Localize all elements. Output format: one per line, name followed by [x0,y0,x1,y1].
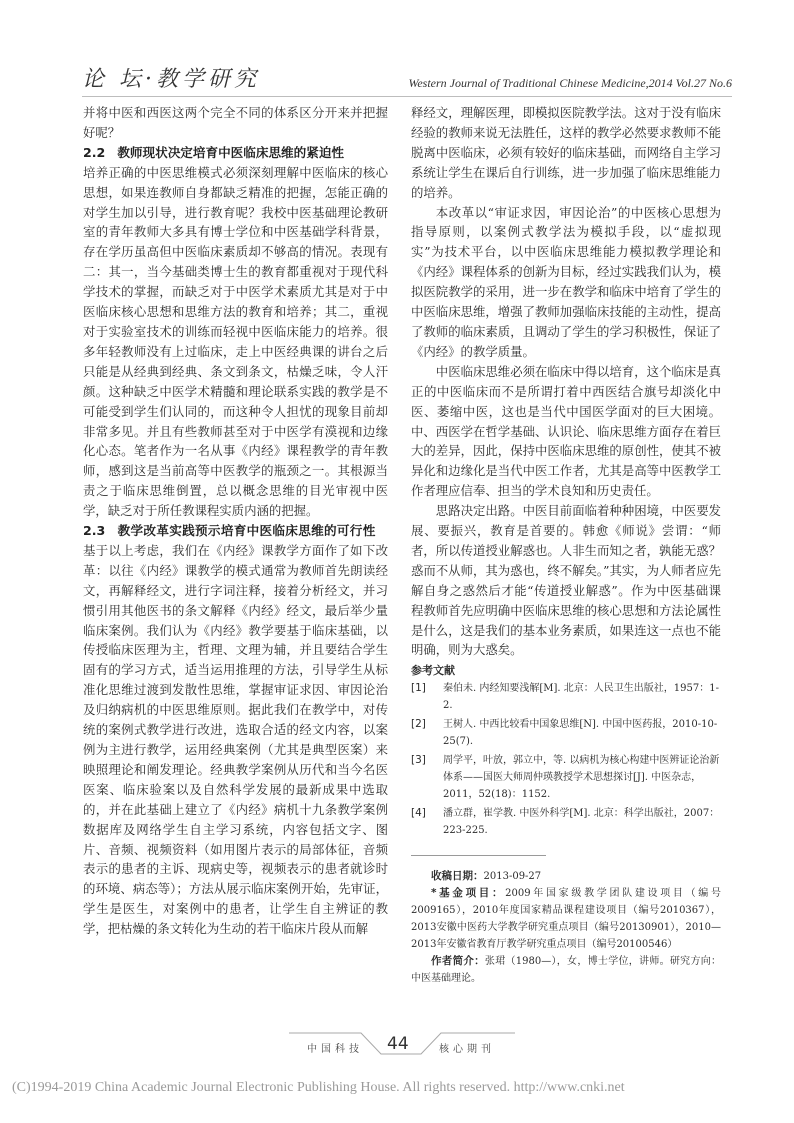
journal-citation: Western Journal of Traditional Chinese M… [408,76,732,91]
section-title: 教师现状决定培育中医临床思维的紧迫性 [117,145,344,160]
body-paragraph: 释经文，理解医理，即模拟医院教学法。这对于没有临床经验的教师来说无法胜任，这样的… [411,103,721,203]
reference-number: [2] [411,716,426,733]
reference-text: 周学平，叶放，郭立中，等. 以病机为核心构建中医辨证论治新体系——国医大师周仲瑛… [443,755,719,800]
body-paragraph: 本改革以“审证求因，审因论治”的中医核心思想为指导原则，以案例式教学法为模拟手段… [411,203,721,362]
section-2-3-heading: 2.3教学改革实践预示培育中医临床思维的可行性 [83,523,376,538]
section-2-2-body: 培养正确的中医思维模式必须深刻理解中医临床的核心思想，如果连教师自身都缺乏精准的… [83,163,388,521]
section-2-3-paragraph: 2.3教学改革实践预示培育中医临床思维的可行性 基于以上考虑，我们在《内经》课教… [83,521,388,939]
reference-item: [4] 潘立群，崔学教. 中医外科学[M]. 北京：科学出版社，2007：223… [411,805,721,839]
section-2-3-body: 基于以上考虑，我们在《内经》课教学方面作了如下改革：以往《内经》课教学的模式通常… [83,543,388,936]
reference-item: [3] 周学平，叶放，郭立中，等. 以病机为核心构建中医辨证论治新体系——国医大… [411,752,721,803]
fund-note: *基金项目：2009年国家级教学团队建设项目（编号2009165），2010年度… [411,885,721,953]
author-note: 作者简介：张珺（1980—），女，博士学位，讲师。研究方向：中医基础理论。 [411,953,721,987]
section-label: 论 坛·教学研究 [82,62,260,93]
body-paragraph: 中医临床思维必须在临床中得以培育，这个临床是真正的中医临床而不是所谓打着中西医结… [411,362,721,501]
page-number: 44 [387,1034,409,1054]
reference-number: [3] [411,752,426,769]
received-date-value: 2013-09-27 [484,871,542,882]
reference-item: [1] 秦伯未. 内经知要浅解[M]. 北京：人民卫生出版社，1957：1-2. [411,680,721,714]
reference-item: [2] 王树人. 中西比较看中国象思维[N]. 中国中医药报，2010-10-2… [411,716,721,750]
author-label: 作者简介： [431,955,485,967]
received-date-label: 收稿日期： [431,870,484,882]
right-column: 释经文，理解医理，即模拟医院教学法。这对于没有临床经验的教师来说无法胜任，这样的… [411,103,721,987]
fund-label: *基金项目： [431,887,505,899]
reference-number: [4] [411,805,426,822]
running-header: 论 坛·教学研究 Western Journal of Traditional … [82,62,732,94]
page-footer: 中国科技 44 核心期刊 [289,1032,515,1060]
section-title: 教学改革实践预示培育中医临床思维的可行性 [117,523,375,538]
header-divider [82,96,732,97]
reference-text: 秦伯未. 内经知要浅解[M]. 北京：人民卫生出版社，1957：1-2. [443,683,719,711]
reference-text: 王树人. 中西比较看中国象思维[N]. 中国中医药报，2010-10-25(7)… [443,719,717,747]
section-number: 2.3 [83,523,105,538]
left-column: 并将中医和西医这两个完全不同的体系区分开来并把握好呢？ 2.2教师现状决定培育中… [83,103,388,939]
footnote-divider [411,855,546,856]
section-2-2-heading: 2.2教师现状决定培育中医临床思维的紧迫性 [83,143,388,163]
body-paragraph: 思路决定出路。中医目前面临着种种困境，中医要发展、要振兴，教育是首要的。韩愈《师… [411,501,721,660]
section-number: 2.2 [83,145,105,160]
continued-paragraph: 并将中医和西医这两个完全不同的体系区分开来并把握好呢？ [83,103,388,143]
footer-left-label: 中国科技 [307,1040,363,1055]
reference-text: 潘立群，崔学教. 中医外科学[M]. 北京：科学出版社，2007：223-225… [443,808,719,836]
footer-right-label: 核心期刊 [439,1040,495,1055]
references-heading: 参考文献 [411,662,721,680]
received-date-note: 收稿日期：2013-09-27 [411,868,721,885]
copyright-notice: (C)1994-2019 China Academic Journal Elec… [12,1080,625,1096]
reference-number: [1] [411,680,426,697]
